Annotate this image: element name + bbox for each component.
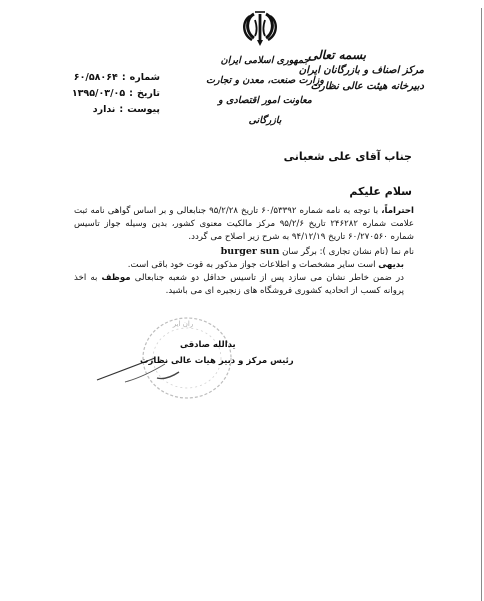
letter-body: احتراماً، با توجه به نامه شماره ۶۰/۵۳۳۹۲… — [74, 205, 414, 298]
paragraph-4-bold: موظف — [102, 273, 131, 283]
country-name: جمهوری اسلامی ایران — [205, 51, 325, 71]
page-border-right — [481, 8, 482, 601]
paragraph-3-text: است سایر مشخصات و اطلاعات جواز مذکور به … — [128, 260, 378, 270]
meta-date-row: ۱۳۹۵/۰۳/۰۵ : تاریخ — [40, 85, 160, 101]
trade-name-latin: burger sun — [221, 246, 280, 257]
svg-text:ران ایر: ران ایر — [172, 320, 193, 328]
paragraph-2: نام نما (نام نشان تجاری ): برگر سان burg… — [74, 245, 414, 259]
letter-attachment-label: پیوست — [127, 104, 160, 115]
letter-meta: ۶۰/۵۸۰۶۴ : شماره ۱۳۹۵/۰۳/۰۵ : تاریخ ندار… — [40, 69, 160, 117]
meta-separator: : — [122, 72, 126, 83]
paragraph-1-lead: احتراماً، — [381, 206, 414, 216]
letter-date: ۱۳۹۵/۰۳/۰۵ — [72, 88, 125, 99]
letter-number-label: شماره — [130, 72, 160, 83]
letterhead-government: جمهوری اسلامی ایران وزارت صنعت، معدن و ت… — [205, 51, 325, 131]
paragraph-3-lead: بدیهی — [378, 260, 404, 270]
letter-date-label: تاریخ — [137, 88, 160, 99]
paragraph-1: احتراماً، با توجه به نامه شماره ۶۰/۵۳۳۹۲… — [74, 205, 414, 245]
paragraph-3: بدیهی است سایر مشخصات و اطلاعات جواز مذک… — [74, 259, 414, 272]
paragraph-1-text: با توجه به نامه شماره ۶۰/۵۳۳۹۲ تاریخ ۹۵/… — [74, 206, 414, 242]
letter-attachment: ندارد — [93, 104, 116, 115]
paragraph-4: در ضمن خاطر نشان می سازد پس از تاسیس حدا… — [74, 272, 414, 298]
ministry-name: وزارت صنعت، معدن و تجارت — [205, 71, 325, 91]
paragraph-4-text-a: در ضمن خاطر نشان می سازد پس از تاسیس حدا… — [131, 273, 404, 283]
trade-name-label: نام نما (نام نشان تجاری ): برگر سان — [279, 247, 414, 257]
meta-separator: : — [129, 88, 133, 99]
recipient-name: جناب آقای علی شعبانی — [284, 150, 412, 163]
signatory-title: رئیس مرکز و دبیر هیات عالی نظارت — [140, 356, 294, 366]
meta-separator: : — [119, 104, 123, 115]
meta-number-row: ۶۰/۵۸۰۶۴ : شماره — [40, 69, 160, 85]
greeting: سلام علیکم — [349, 185, 412, 198]
meta-attachment-row: ندارد : پیوست — [40, 101, 160, 117]
iran-emblem-icon — [240, 8, 280, 48]
signatory-name: یدالله صادقی — [180, 340, 236, 350]
letter-number: ۶۰/۵۸۰۶۴ — [74, 72, 118, 83]
deputy-name: معاونت امور اقتصادی و بازرگانی — [205, 91, 325, 131]
